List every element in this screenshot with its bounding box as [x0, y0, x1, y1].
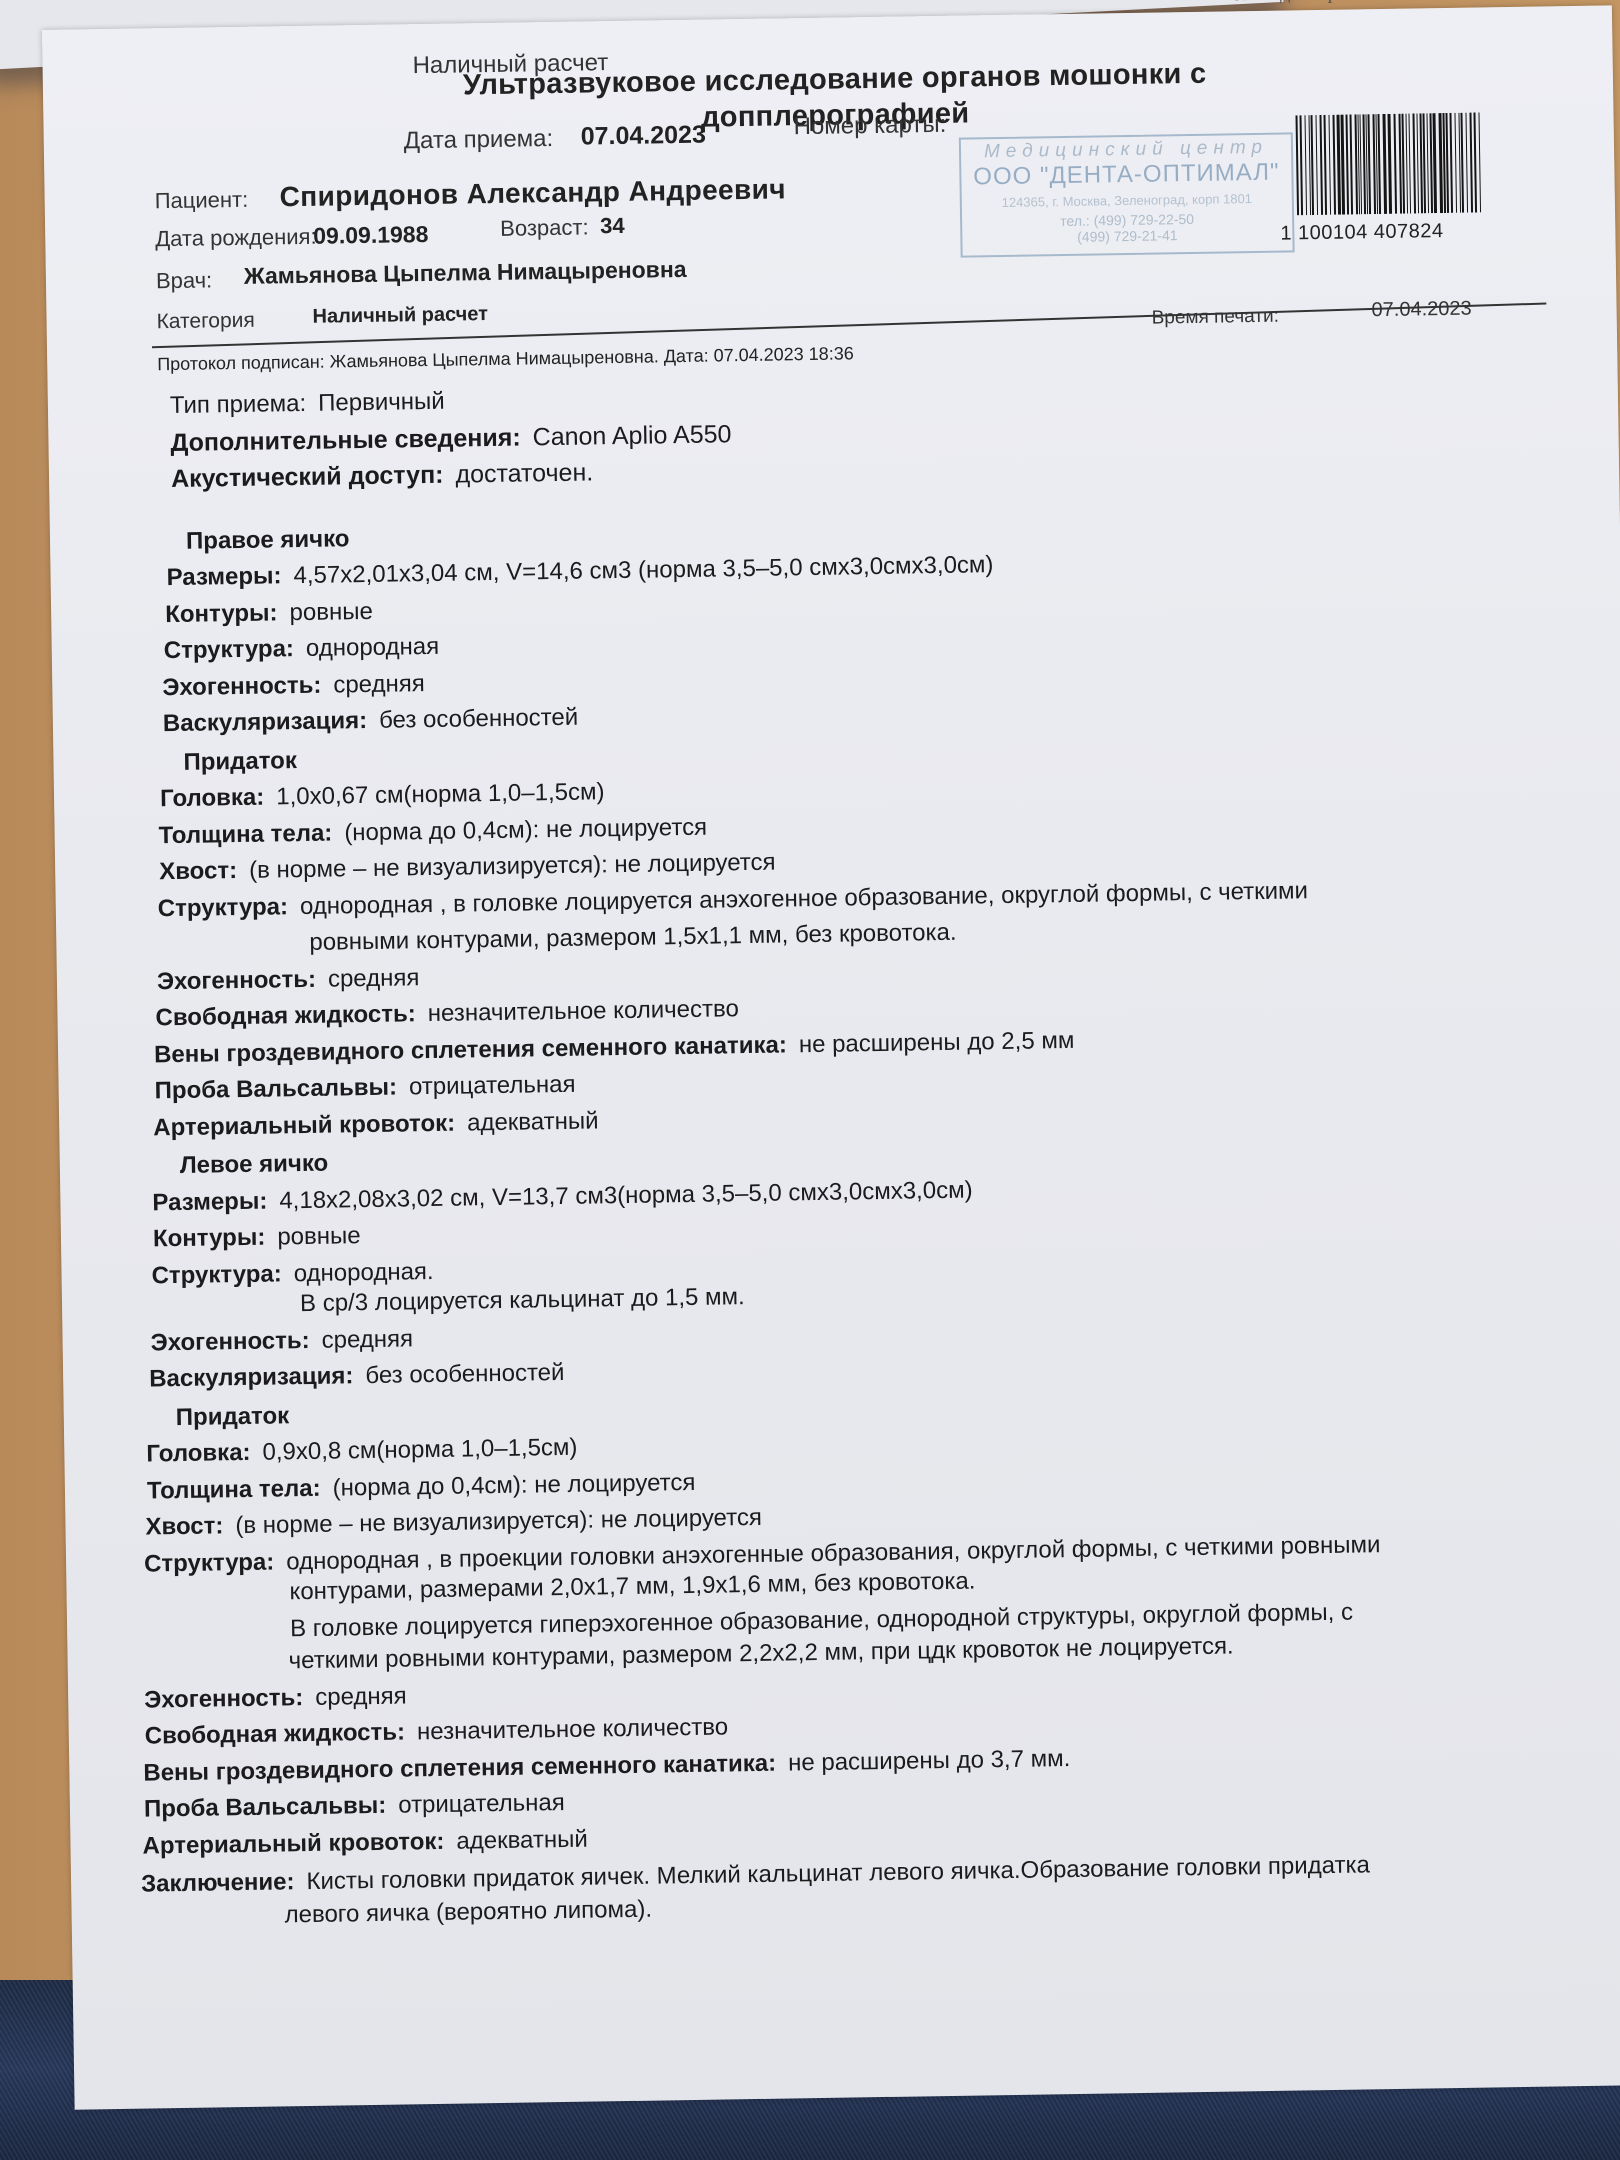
age-label: Возраст: — [500, 214, 589, 241]
dob-label: Дата рождения: — [155, 224, 317, 253]
right-vasc-value: без особенностей — [379, 700, 579, 740]
left-contours-value: ровные — [277, 1218, 361, 1256]
right-tail-label: Хвост: — [159, 853, 237, 891]
right-fluid-value: незначительное количество — [427, 991, 739, 1032]
left-head-value: 0,9x0,8 см(норма 1,0–1,5см) — [262, 1430, 577, 1471]
left-size-label: Размеры: — [152, 1183, 267, 1221]
left-body-value: (норма до 0,4см): не лоцируется — [332, 1464, 695, 1506]
card-number-label: Номер карты: — [793, 111, 946, 141]
patient-label: Пациент: — [154, 187, 248, 214]
left-echo-label: Эхогенность: — [150, 1322, 310, 1361]
category-value: Наличный расчет — [312, 303, 488, 329]
right-contours-label: Контуры: — [165, 595, 278, 633]
left-veins-value: не расширены до 3,7 мм. — [788, 1741, 1071, 1782]
right-app-structure-label: Структура: — [158, 889, 289, 928]
print-time-label: Время печати: — [1151, 306, 1279, 330]
right-echo-label: Эхогенность: — [162, 667, 322, 706]
visit-type-label: Тип приема: — [170, 386, 307, 425]
left-echo-value: средняя — [321, 1321, 413, 1359]
right-head-value: 1,0x0,67 см(норма 1,0–1,5см) — [276, 774, 605, 816]
left-app-echo-label: Эхогенность: — [144, 1680, 304, 1719]
extra-info-label: Дополнительные сведения: — [170, 419, 521, 461]
right-body-label: Толщина тела: — [158, 815, 332, 854]
stamp-address: 124365, г. Москва, Зеленоград, корп 1801 — [962, 190, 1292, 210]
right-contours-value: ровные — [289, 593, 373, 631]
left-structure-label: Структура: — [151, 1256, 282, 1295]
visit-date: 07.04.2023 — [581, 121, 707, 152]
conclusion-label: Заключение: — [141, 1864, 295, 1903]
extra-info-value: Canon Aplio A550 — [532, 416, 731, 456]
age-value: 34 — [600, 213, 625, 239]
right-arterial-value: адекватный — [467, 1103, 599, 1142]
right-body-value: (норма до 0,4см): не лоцируется — [344, 809, 707, 851]
report-body: Тип приема: Первичный Дополнительные све… — [158, 366, 1620, 1935]
right-arterial-label: Артериальный кровоток: — [153, 1105, 455, 1146]
barcode-icon — [1293, 112, 1485, 215]
right-app-echo-value: средняя — [328, 960, 420, 998]
left-valsalva-label: Проба Вальсальвы: — [144, 1788, 387, 1828]
visit-type-value: Первичный — [318, 384, 445, 422]
visit-date-label: Дата приема: — [404, 125, 554, 155]
left-valsalva-value: отрицательная — [398, 1785, 565, 1824]
dob-value: 09.09.1988 — [313, 221, 429, 250]
category-label: Категория — [156, 309, 255, 335]
medical-report-page: от 15 декабря Наличный расчет Ультразвук… — [42, 5, 1620, 2109]
right-veins-value: не расширены до 2,5 мм — [799, 1022, 1075, 1063]
right-structure-label: Структура: — [163, 631, 294, 670]
barcode-number: 1 100104 407824 — [1280, 220, 1444, 246]
right-structure-value: однородная — [306, 629, 440, 668]
patient-name: Спиридонов Александр Андреевич — [279, 173, 786, 213]
doctor-label: Врач: — [156, 267, 213, 294]
right-head-label: Головка: — [160, 780, 265, 818]
right-size-label: Размеры: — [166, 558, 281, 596]
left-vasc-value: без особенностей — [365, 1355, 565, 1395]
left-fluid-label: Свободная жидкость: — [145, 1715, 406, 1756]
left-tail-label: Хвост: — [145, 1508, 223, 1546]
clinic-stamp: Медицинский центр ООО "ДЕНТА-ОПТИМАЛ" 12… — [959, 132, 1295, 257]
signature-line: Протокол подписан: Жамьянова Цыпелма Ним… — [157, 343, 854, 375]
left-body-label: Толщина тела: — [147, 1470, 321, 1509]
left-arterial-value: адекватный — [456, 1821, 588, 1860]
left-app-structure-label: Структура: — [144, 1544, 275, 1583]
left-arterial-label: Артериальный кровоток: — [142, 1823, 444, 1864]
left-head-label: Головка: — [146, 1435, 251, 1473]
right-valsalva-value: отрицательная — [409, 1067, 576, 1106]
right-fluid-label: Свободная жидкость: — [155, 996, 416, 1037]
corner-note: от 15 декабря — [1231, 0, 1347, 6]
right-valsalva-label: Проба Вальсальвы: — [154, 1070, 397, 1110]
acoustic-access-label: Акустический доступ: — [171, 457, 444, 498]
acoustic-access-value: достаточен. — [455, 454, 593, 493]
left-app-echo-value: средняя — [315, 1678, 407, 1716]
left-fluid-value: незначительное количество — [417, 1709, 729, 1750]
right-echo-value: средняя — [333, 666, 425, 704]
left-contours-label: Контуры: — [153, 1220, 266, 1258]
doctor-name: Жамьянова Цыпелма Нимацыреновна — [244, 256, 687, 290]
right-app-echo-label: Эхогенность: — [157, 961, 317, 1000]
left-vasc-label: Васкуляризация: — [149, 1358, 354, 1398]
right-vasc-label: Васкуляризация: — [163, 703, 368, 743]
print-time-value: 07.04.2023 — [1371, 298, 1471, 323]
stamp-clinic-name: ООО "ДЕНТА-ОПТИМАЛ" — [961, 158, 1291, 191]
